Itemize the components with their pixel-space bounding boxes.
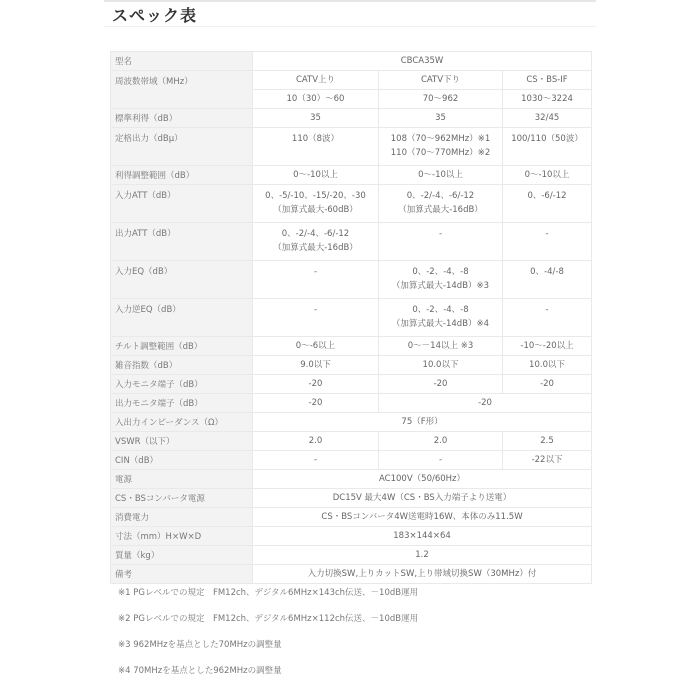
table-cell: 100/110（50波） xyxy=(503,128,592,166)
table-cell: 70～962 xyxy=(379,90,503,109)
row-label: 入力ATT（dB） xyxy=(111,185,253,223)
table-cell: 0、-2/-4、-6/-12（加算式最大-16dB） xyxy=(379,185,503,223)
table-cell: -20 xyxy=(379,375,503,394)
table-cell: 10.0以下 xyxy=(503,356,592,375)
cell-line: （加算式最大-60dB） xyxy=(257,203,374,217)
model-value: CBCA35W xyxy=(253,52,592,71)
cell-line: （加算式最大-16dB） xyxy=(257,241,374,255)
cell-line: （加算式最大-14dB）※4 xyxy=(383,317,498,331)
table-cell: CS・BSコンバータ4W送電時16W、本体のみ11.5W xyxy=(253,508,592,527)
table-cell: - xyxy=(253,261,379,299)
table-row: VSWR（以下） 2.0 2.0 2.5 xyxy=(111,432,592,451)
table-cell: 0～－14以上 ※3 xyxy=(379,337,503,356)
cell-line: 0、-2、-4、-8 xyxy=(383,303,498,317)
table-cell: 75（F形） xyxy=(253,413,592,432)
table-row: 入力モニタ端子（dB） -20 -20 -20 xyxy=(111,375,592,394)
table-row: 利得調整範囲（dB） 0～-10以上 0～-10以上 0～-10以上 xyxy=(111,166,592,185)
table-row: 入力ATT（dB） 0、-5/-10、-15/-20、-30（加算式最大-60d… xyxy=(111,185,592,223)
table-cell: 0～-10以上 xyxy=(379,166,503,185)
row-label: 出力モニタ端子（dB） xyxy=(111,394,253,413)
table-row-freq-header: 周波数帯域（MHz） CATV上り CATV下り CS・BS-IF xyxy=(111,71,592,90)
table-cell: - xyxy=(253,299,379,337)
table-row: 質量（kg） 1.2 xyxy=(111,546,592,565)
row-label: 標準利得（dB） xyxy=(111,109,253,128)
cell-line: 110（70～770MHz）※2 xyxy=(383,146,498,160)
table-cell: - xyxy=(503,299,592,337)
table-cell: 10.0以下 xyxy=(379,356,503,375)
table-row: 雑音指数（dB） 9.0以下 10.0以下 10.0以下 xyxy=(111,356,592,375)
cell-line: 0、-5/-10、-15/-20、-30 xyxy=(257,189,374,203)
table-cell: 0、-5/-10、-15/-20、-30（加算式最大-60dB） xyxy=(253,185,379,223)
cell-line: 108（70～962MHz）※1 xyxy=(383,132,498,146)
row-label: 質量（kg） xyxy=(111,546,253,565)
table-row: CIN（dB） - - -22以下 xyxy=(111,451,592,470)
table-row: 出力モニタ端子（dB） -20 -20 xyxy=(111,394,592,413)
row-label: 寸法（mm）H×W×D xyxy=(111,527,253,546)
table-cell: - xyxy=(379,451,503,470)
spec-table: 型名 CBCA35W 周波数帯域（MHz） CATV上り CATV下り CS・B… xyxy=(110,51,592,584)
table-row-model: 型名 CBCA35W xyxy=(111,52,592,71)
table-row: 備考 入力切換SW,上りカットSW,上り帯域切換SW（30MHz）付 xyxy=(111,565,592,584)
table-row: CS・BSコンバータ電源 DC15V 最大4W（CS・BS入力端子より送電） xyxy=(111,489,592,508)
table-row: 入力逆EQ（dB） - 0、-2、-4、-8（加算式最大-14dB）※4 - xyxy=(111,299,592,337)
table-cell: 1030～3224 xyxy=(503,90,592,109)
row-label: 入力EQ（dB） xyxy=(111,261,253,299)
row-label: 雑音指数（dB） xyxy=(111,356,253,375)
table-row: 消費電力 CS・BSコンバータ4W送電時16W、本体のみ11.5W xyxy=(111,508,592,527)
table-cell: DC15V 最大4W（CS・BS入力端子より送電） xyxy=(253,489,592,508)
table-cell: -20 xyxy=(503,375,592,394)
table-row: 電源 AC100V（50/60Hz） xyxy=(111,470,592,489)
cell-line: （加算式最大-16dB） xyxy=(383,203,498,217)
footnote-4: ※4 70MHzを基点とした962MHzの調整量 xyxy=(118,665,418,691)
title-divider xyxy=(104,26,596,27)
table-row: 定格出力（dBμ） 110（8波） 108（70～962MHz）※1110（70… xyxy=(111,128,592,166)
table-cell: -20 xyxy=(379,394,592,413)
table-cell: 32/45 xyxy=(503,109,592,128)
table-cell: 183×144×64 xyxy=(253,527,592,546)
table-cell: -20 xyxy=(253,394,379,413)
table-cell: -20 xyxy=(253,375,379,394)
row-label: 型名 xyxy=(111,52,253,71)
table-cell: 1.2 xyxy=(253,546,592,565)
table-cell: 0～-6以上 xyxy=(253,337,379,356)
cell-line: 0、-2/-4、-6/-12 xyxy=(257,227,374,241)
column-header-catv-up: CATV上り xyxy=(253,71,379,90)
top-border xyxy=(104,0,596,2)
table-cell: 入力切換SW,上りカットSW,上り帯域切換SW（30MHz）付 xyxy=(253,565,592,584)
cell-line: 0、-2、-4、-8 xyxy=(383,265,498,279)
footnote-2: ※2 PGレベルでの規定 FM12ch、デジタル6MHz×112ch伝送、－10… xyxy=(118,613,418,639)
row-label: 周波数帯域（MHz） xyxy=(111,71,253,109)
row-label: 入力モニタ端子（dB） xyxy=(111,375,253,394)
table-cell: 108（70～962MHz）※1110（70～770MHz）※2 xyxy=(379,128,503,166)
table-cell: - xyxy=(379,223,503,261)
table-row: 寸法（mm）H×W×D 183×144×64 xyxy=(111,527,592,546)
row-label: CIN（dB） xyxy=(111,451,253,470)
table-cell: 0、-2、-4、-8（加算式最大-14dB）※3 xyxy=(379,261,503,299)
table-cell: 110（8波） xyxy=(253,128,379,166)
row-label: チルト調整範囲（dB） xyxy=(111,337,253,356)
table-cell: 0、-2、-4、-8（加算式最大-14dB）※4 xyxy=(379,299,503,337)
footnote-1: ※1 PGレベルでの規定 FM12ch、デジタル6MHz×143ch伝送、－10… xyxy=(118,587,418,613)
table-cell: 0、-2/-4、-6/-12（加算式最大-16dB） xyxy=(253,223,379,261)
table-cell: 35 xyxy=(253,109,379,128)
table-row: 出力ATT（dB） 0、-2/-4、-6/-12（加算式最大-16dB） - - xyxy=(111,223,592,261)
table-row: 入力EQ（dB） - 0、-2、-4、-8（加算式最大-14dB）※3 0、-4… xyxy=(111,261,592,299)
footnotes: ※1 PGレベルでの規定 FM12ch、デジタル6MHz×143ch伝送、－10… xyxy=(118,587,418,691)
table-cell: AC100V（50/60Hz） xyxy=(253,470,592,489)
cell-line: （加算式最大-14dB）※3 xyxy=(383,279,498,293)
page-title: スペック表 xyxy=(112,3,197,26)
table-cell: 9.0以下 xyxy=(253,356,379,375)
row-label: 入出力インピーダンス（Ω） xyxy=(111,413,253,432)
footnote-3: ※3 962MHzを基点とした70MHzの調整量 xyxy=(118,639,418,665)
row-label: VSWR（以下） xyxy=(111,432,253,451)
row-label: 利得調整範囲（dB） xyxy=(111,166,253,185)
table-cell: 35 xyxy=(379,109,503,128)
cell-line: 0、-2/-4、-6/-12 xyxy=(383,189,498,203)
table-cell: - xyxy=(253,451,379,470)
table-cell: 2.0 xyxy=(253,432,379,451)
table-row: チルト調整範囲（dB） 0～-6以上 0～－14以上 ※3 -10～-20以上 xyxy=(111,337,592,356)
table-cell: - xyxy=(503,223,592,261)
row-label: 定格出力（dBμ） xyxy=(111,128,253,166)
column-header-cs-bs-if: CS・BS-IF xyxy=(503,71,592,90)
table-cell: 10（30）～60 xyxy=(253,90,379,109)
row-label: 消費電力 xyxy=(111,508,253,527)
table-cell: -22以下 xyxy=(503,451,592,470)
table-cell: 0、-4/-8 xyxy=(503,261,592,299)
row-label: 備考 xyxy=(111,565,253,584)
table-cell: 2.0 xyxy=(379,432,503,451)
table-cell: 2.5 xyxy=(503,432,592,451)
column-header-catv-down: CATV下り xyxy=(379,71,503,90)
table-cell: 0～-10以上 xyxy=(253,166,379,185)
table-cell: -10～-20以上 xyxy=(503,337,592,356)
table-row: 入出力インピーダンス（Ω） 75（F形） xyxy=(111,413,592,432)
row-label: 入力逆EQ（dB） xyxy=(111,299,253,337)
table-cell: 0、-6/-12 xyxy=(503,185,592,223)
row-label: 出力ATT（dB） xyxy=(111,223,253,261)
row-label: CS・BSコンバータ電源 xyxy=(111,489,253,508)
row-label: 電源 xyxy=(111,470,253,489)
table-row: 標準利得（dB） 35 35 32/45 xyxy=(111,109,592,128)
table-cell: 0～-10以上 xyxy=(503,166,592,185)
